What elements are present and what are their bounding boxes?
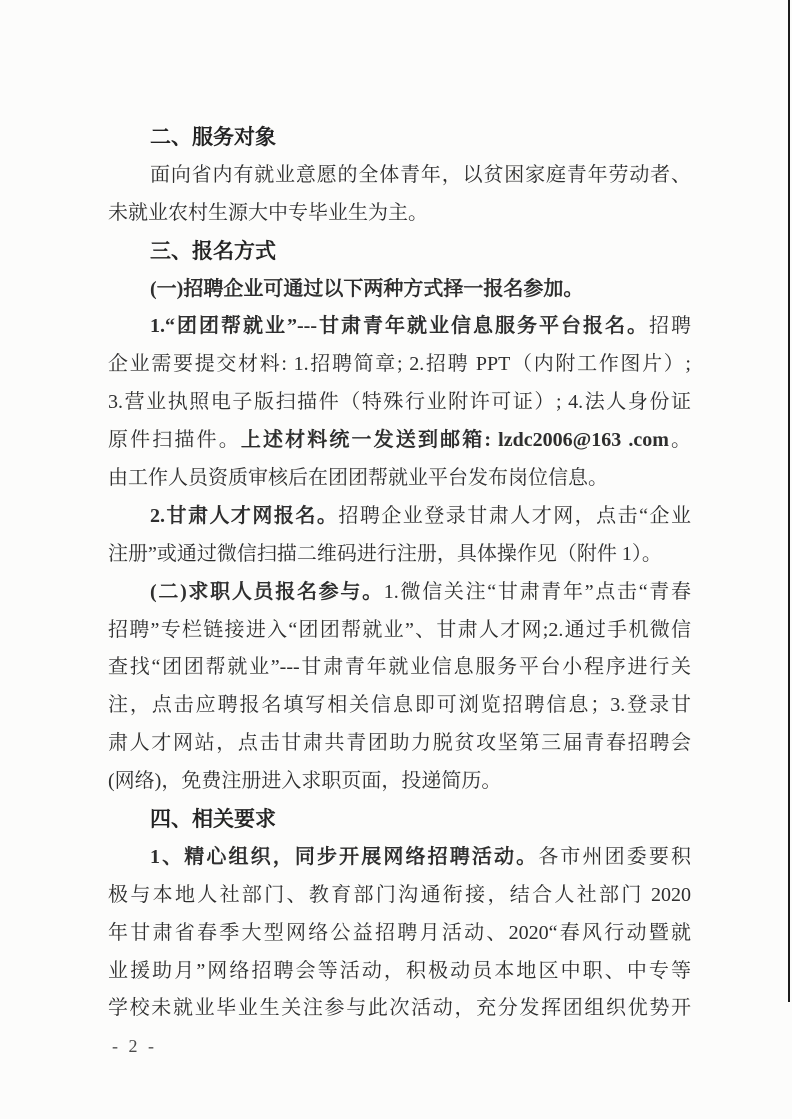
- document-line: (一)招聘企业可通过以下两种方式择一报名参加。: [108, 271, 691, 309]
- text-segment: 2.甘肃人才网报名。: [150, 505, 338, 527]
- section-heading: 二、服务对象: [108, 119, 691, 157]
- text-segment: 二、服务对象: [150, 126, 276, 149]
- text-segment: 学校未就业毕业生关注参与此次活动，充分发挥团组织优势开: [108, 997, 691, 1019]
- text-segment: (网络)，免费注册进入求职页面，投递简历。: [108, 770, 501, 792]
- text-segment: 未就业农村生源大中专毕业生为主。: [108, 202, 428, 224]
- document-line: 查找“团团帮就业”---甘肃青年就业信息服务平台小程序进行关: [108, 649, 691, 687]
- text-segment: 面向省内有就业意愿的全体青年，以贫困家庭青年劳动者、: [150, 164, 691, 186]
- text-segment: (一)招聘企业可通过以下两种方式择一报名参加。: [150, 278, 583, 300]
- text-segment: 1.微信关注“甘肃青年”点击“青春: [384, 581, 691, 603]
- document-line: 学校未就业毕业生关注参与此次活动，充分发挥团组织优势开: [108, 990, 691, 1028]
- document-line: 面向省内有就业意愿的全体青年，以贫困家庭青年劳动者、: [108, 157, 691, 195]
- text-segment: 注，点击应聘报名填写相关信息即可浏览招聘信息；3.登录甘: [108, 694, 691, 716]
- text-segment: 肃人才网站，点击甘肃共青团助力脱贫攻坚第三届青春招聘会: [108, 732, 691, 754]
- document-body: 二、服务对象面向省内有就业意愿的全体青年，以贫困家庭青年劳动者、未就业农村生源大…: [108, 119, 691, 1028]
- text-segment: 注册”或通过微信扫描二维码进行注册，具体操作见（附件 1）。: [108, 543, 662, 565]
- text-segment: 年甘肃省春季大型网络公益招聘月活动、2020“春风行动暨就: [108, 922, 691, 944]
- text-segment: 1.“团团帮就业”---甘肃青年就业信息服务平台报名。: [150, 315, 649, 337]
- text-segment: 三、报名方式: [150, 240, 276, 263]
- text-segment: 招聘企业登录甘肃人才网，点击“企业: [338, 505, 691, 527]
- document-line: 业援助月”网络招聘会等活动，积极动员本地区中职、中专等: [108, 953, 691, 991]
- text-segment: 招聘: [649, 315, 691, 337]
- document-line: 原件扫描件。上述材料统一发送到邮箱: lzdc2006@163 .com。: [108, 422, 691, 460]
- text-segment: 。: [669, 429, 691, 451]
- text-segment: 极与本地人社部门、教育部门沟通衔接，结合人社部门 2020: [108, 884, 691, 906]
- document-line: (二)求职人员报名参与。1.微信关注“甘肃青年”点击“青春: [108, 574, 691, 612]
- document-line: 极与本地人社部门、教育部门沟通衔接，结合人社部门 2020: [108, 877, 691, 915]
- document-line: 企业需要提交材料: 1.招聘简章; 2.招聘 PPT（内附工作图片）;: [108, 346, 691, 384]
- page-number: - 2 -: [112, 1036, 157, 1057]
- text-segment: 1、精心组织，同步开展网络招聘活动。: [150, 846, 538, 868]
- document-line: 肃人才网站，点击甘肃共青团助力脱贫攻坚第三届青春招聘会: [108, 725, 691, 763]
- text-segment: 由工作人员资质审核后在团团帮就业平台发布岗位信息。: [108, 467, 608, 489]
- document-line: 注，点击应聘报名填写相关信息即可浏览招聘信息；3.登录甘: [108, 687, 691, 725]
- text-segment: 招聘”专栏链接进入“团团帮就业”、甘肃人才网;2.通过手机微信: [108, 619, 691, 641]
- text-segment: 查找“团团帮就业”---甘肃青年就业信息服务平台小程序进行关: [108, 656, 691, 678]
- document-line: 3.营业执照电子版扫描件（特殊行业附许可证）; 4.法人身份证: [108, 384, 691, 422]
- document-page: 二、服务对象面向省内有就业意愿的全体青年，以贫困家庭青年劳动者、未就业农村生源大…: [0, 0, 792, 1119]
- scan-edge-line: [788, 0, 790, 1002]
- text-segment: 业援助月”网络招聘会等活动，积极动员本地区中职、中专等: [108, 960, 691, 982]
- text-segment: (二)求职人员报名参与。: [150, 581, 384, 603]
- section-heading: 三、报名方式: [108, 233, 691, 271]
- document-line: 年甘肃省春季大型网络公益招聘月活动、2020“春风行动暨就: [108, 915, 691, 953]
- text-segment: 上述材料统一发送到邮箱: lzdc2006@163 .com: [241, 429, 669, 451]
- text-segment: 原件扫描件。: [108, 429, 241, 451]
- text-segment: 四、相关要求: [150, 808, 276, 831]
- document-line: 1.“团团帮就业”---甘肃青年就业信息服务平台报名。招聘: [108, 308, 691, 346]
- text-segment: 各市州团委要积: [538, 846, 691, 868]
- document-line: 由工作人员资质审核后在团团帮就业平台发布岗位信息。: [108, 460, 691, 498]
- section-heading: 四、相关要求: [108, 801, 691, 839]
- document-line: 注册”或通过微信扫描二维码进行注册，具体操作见（附件 1）。: [108, 536, 691, 574]
- document-line: 2.甘肃人才网报名。招聘企业登录甘肃人才网，点击“企业: [108, 498, 691, 536]
- document-line: 未就业农村生源大中专毕业生为主。: [108, 195, 691, 233]
- document-line: 1、精心组织，同步开展网络招聘活动。各市州团委要积: [108, 839, 691, 877]
- text-segment: 3.营业执照电子版扫描件（特殊行业附许可证）; 4.法人身份证: [108, 391, 691, 413]
- text-segment: 企业需要提交材料: 1.招聘简章; 2.招聘 PPT（内附工作图片）;: [108, 353, 691, 375]
- document-line: (网络)，免费注册进入求职页面，投递简历。: [108, 763, 691, 801]
- document-line: 招聘”专栏链接进入“团团帮就业”、甘肃人才网;2.通过手机微信: [108, 612, 691, 650]
